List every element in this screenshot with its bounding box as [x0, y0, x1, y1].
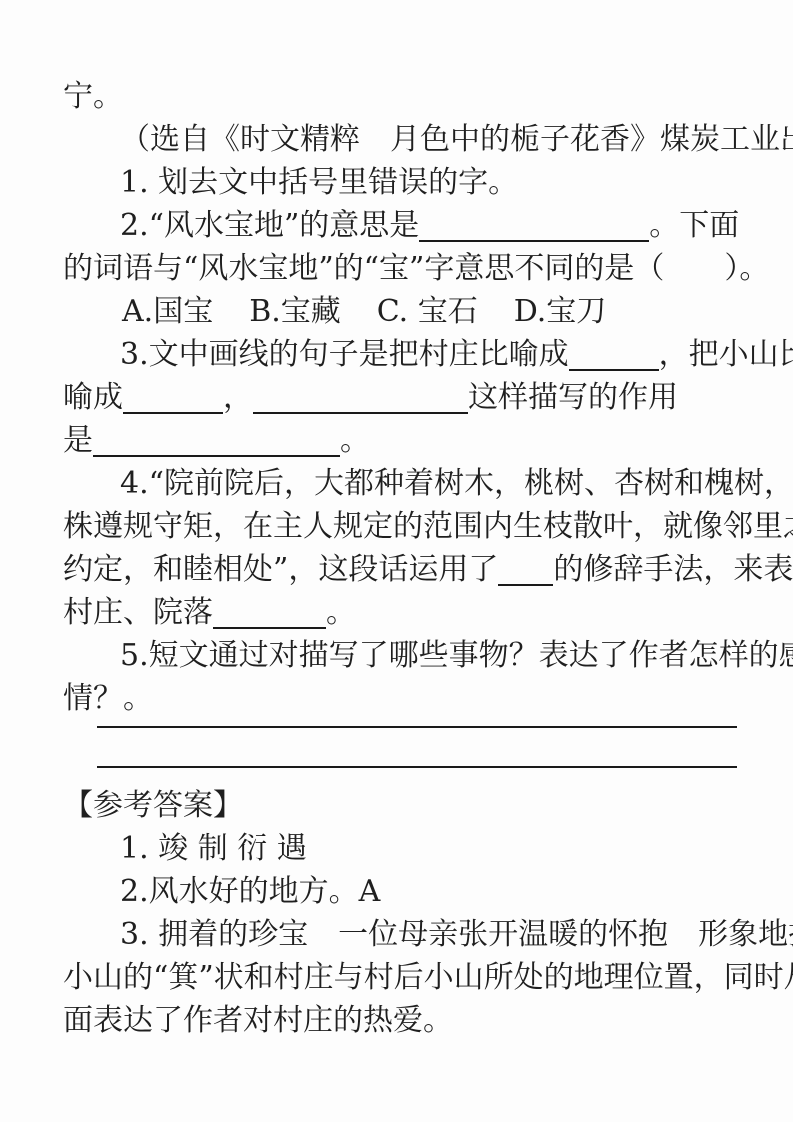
question-4-line3: 约定，和睦相处”，这段话运用了 的修辞手法，来表现 — [63, 548, 737, 591]
question-4-line4: 村庄、院落 。 — [63, 591, 737, 634]
question-3-intro: 3.文中画线的句子是把村庄比喻成 — [120, 333, 569, 376]
blank-underline-q4-1 — [498, 548, 553, 586]
answer-1-line: 1. 竣 制 衍 遇 — [63, 827, 737, 870]
source-attribution-line: （选自《时文精粹 月色中的栀子花香》煤炭工业出版社） — [63, 118, 737, 161]
question-3-line2-c: 这样描写的作用 — [468, 376, 678, 419]
question-5-line2: 情？。 — [63, 677, 737, 720]
question-2-line2: 的词语与“风水宝地”的“宝”字意思不同的是（ ）。 — [63, 247, 737, 290]
blank-underline-q3-2 — [123, 376, 223, 414]
question-4-line3-b: 的修辞手法，来表现 — [553, 548, 793, 591]
question-4-line3-a: 约定，和睦相处”，这段话运用了 — [63, 548, 498, 591]
question-3-line3: 是 。 — [63, 419, 737, 462]
answer-1: 1. 竣 制 衍 遇 — [120, 827, 307, 870]
question-5-line1: 5.短文通过对描写了哪些事物？表达了作者怎样的感 — [63, 634, 737, 677]
blank-underline-q3-1 — [569, 333, 659, 371]
blank-underline-q4-2 — [213, 591, 326, 629]
answer-3-line1: 3. 拥着的珍宝 一位母亲张开温暖的怀抱 形象地描绘出 — [63, 913, 737, 956]
option-a: A.国宝 — [122, 290, 213, 333]
answer-2-line: 2.风水好的地方。A — [63, 870, 737, 913]
question-3-line1: 3.文中画线的句子是把村庄比喻成 ，把小山比 — [63, 333, 737, 376]
answer-writing-line-2 — [97, 760, 737, 768]
answer-2: 2.风水好的地方。A — [120, 870, 380, 913]
question-2-line1-tail: 。下面 — [649, 204, 739, 247]
question-3-line3-a: 是 — [63, 419, 93, 462]
blank-underline-q2 — [419, 204, 649, 242]
reference-answers-heading: 【参考答案】 — [63, 784, 243, 827]
worksheet-page: 宁。 （选自《时文精粹 月色中的栀子花香》煤炭工业出版社） 1. 划去文中括号里… — [0, 0, 793, 1122]
question-4-line2: 株遵规守矩，在主人规定的范围内生枝散叶，就像邻里之间的 — [63, 505, 737, 548]
question-4-line4-a: 村庄、院落 — [63, 591, 213, 634]
question-2-options: A.国宝 B.宝藏 C. 宝石 D.宝刀 — [63, 290, 737, 333]
continuation-text-line: 宁。 — [63, 75, 737, 118]
question-1-text: 1. 划去文中括号里错误的字。 — [120, 161, 518, 204]
question-2-intro: 2.“风水宝地”的意思是 — [120, 204, 419, 247]
answer-3-line3: 面表达了作者对村庄的热爱。 — [63, 999, 737, 1042]
question-4-line1-text: 4.“院前院后，大都种着树木，桃树、杏树和槐树，一株 — [120, 466, 793, 501]
answer-3-line2-text: 小山的“箕”状和村庄与村后小山所处的地理位置，同时从侧 — [63, 960, 793, 995]
question-3-line2-a: 喻成 — [63, 376, 123, 419]
answer-3-line3-text: 面表达了作者对村庄的热爱。 — [63, 999, 453, 1042]
question-2-line1: 2.“风水宝地”的意思是 。下面 — [63, 204, 737, 247]
option-b: B.宝藏 — [249, 290, 341, 333]
question-2-line2-text: 的词语与“风水宝地”的“宝”字意思不同的是（ ）。 — [63, 251, 769, 286]
question-1-line: 1. 划去文中括号里错误的字。 — [63, 161, 737, 204]
source-attribution: （选自《时文精粹 月色中的栀子花香》煤炭工业出版社） — [120, 122, 793, 157]
question-5-line2-text: 情？。 — [63, 677, 153, 720]
answer-3-line2: 小山的“箕”状和村庄与村后小山所处的地理位置，同时从侧 — [63, 956, 737, 999]
answer-3-line1-text: 3. 拥着的珍宝 一位母亲张开温暖的怀抱 形象地描绘出 — [120, 917, 793, 952]
question-3-line2-b: ， — [223, 376, 253, 419]
answer-writing-line-1 — [97, 720, 737, 728]
option-c: C. 宝石 — [377, 290, 478, 333]
reference-answers-heading-line: 【参考答案】 — [63, 784, 737, 827]
question-4-line4-b: 。 — [326, 591, 356, 634]
question-3-line3-b: 。 — [340, 419, 370, 462]
blank-underline-q3-3 — [253, 376, 468, 414]
question-4-line1: 4.“院前院后，大都种着树木，桃树、杏树和槐树，一株 — [63, 462, 737, 505]
question-5-line1-text: 5.短文通过对描写了哪些事物？表达了作者怎样的感 — [120, 638, 793, 673]
question-3-line2: 喻成 ， 这样描写的作用 — [63, 376, 737, 419]
blank-underline-q3-4 — [93, 419, 340, 457]
continuation-text: 宁。 — [63, 75, 123, 118]
option-d: D.宝刀 — [514, 290, 607, 333]
question-4-line2-text: 株遵规守矩，在主人规定的范围内生枝散叶，就像邻里之间的 — [63, 509, 793, 544]
question-3-line1-tail: ，把小山比 — [659, 333, 793, 376]
